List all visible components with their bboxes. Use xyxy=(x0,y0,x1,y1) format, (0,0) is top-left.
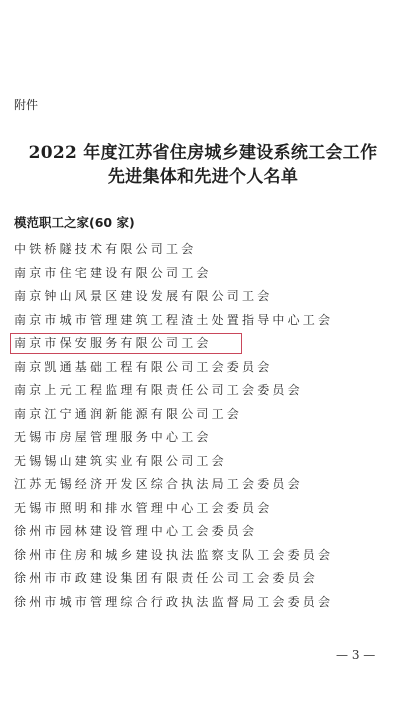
list-item: 徐州市城市管理综合行政执法监督局工会委员会 xyxy=(14,591,333,615)
list-item: 无锡锡山建筑实业有限公司工会 xyxy=(14,450,333,474)
list-item: 南京钟山风景区建设发展有限公司工会 xyxy=(14,285,333,309)
list-item: 徐州市市政建设集团有限责任公司工会委员会 xyxy=(14,567,333,591)
list-item: 徐州市住房和城乡建设执法监察支队工会委员会 xyxy=(14,544,333,568)
document-title-line-2: 先进集体和先进个人名单 xyxy=(0,162,406,187)
list-item: 徐州市园林建设管理中心工会委员会 xyxy=(14,520,333,544)
document-title-line-1: 2022 年度江苏省住房城乡建设系统工会工作 xyxy=(0,138,406,163)
list-item: 南京凯通基础工程有限公司工会委员会 xyxy=(14,356,333,380)
list-item: 南京江宁通润新能源有限公司工会 xyxy=(14,403,333,427)
list-item: 中铁桥隧技术有限公司工会 xyxy=(14,238,333,262)
organization-list: 中铁桥隧技术有限公司工会 南京市住宅建设有限公司工会 南京钟山风景区建设发展有限… xyxy=(14,238,333,614)
list-item: 无锡市房屋管理服务中心工会 xyxy=(14,426,333,450)
list-item-highlighted: 南京市保安服务有限公司工会 xyxy=(14,332,333,356)
list-item: 南京上元工程监理有限责任公司工会委员会 xyxy=(14,379,333,403)
attachment-label: 附件 xyxy=(14,96,38,113)
list-item: 江苏无锡经济开发区综合执法局工会委员会 xyxy=(14,473,333,497)
section-heading: 模范职工之家(60 家) xyxy=(14,213,135,231)
list-item: 南京市住宅建设有限公司工会 xyxy=(14,262,333,286)
list-item: 无锡市照明和排水管理中心工会委员会 xyxy=(14,497,333,521)
page-number: — 3 — xyxy=(336,648,375,662)
list-item: 南京市城市管理建筑工程渣土处置指导中心工会 xyxy=(14,309,333,333)
